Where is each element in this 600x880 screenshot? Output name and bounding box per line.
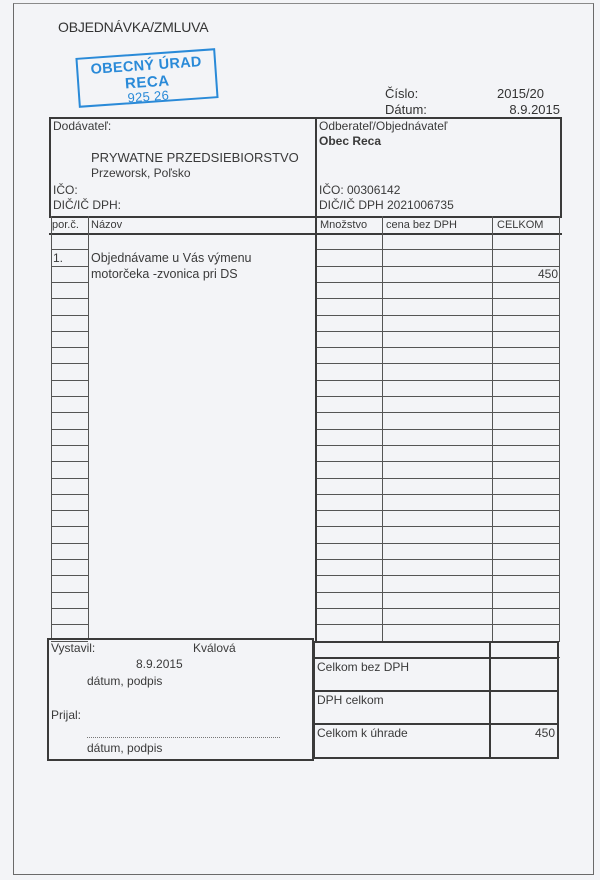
item-1-name-line1: Objednávame u Vás výmenu [91, 251, 252, 265]
col-line-total [559, 216, 560, 641]
row-line-right [316, 494, 560, 495]
row-line-right [316, 543, 560, 544]
row-line-left [51, 592, 88, 593]
row-line-left [51, 380, 88, 381]
row-line-right [316, 559, 560, 560]
issued-label: Vystavil: [51, 641, 95, 655]
customer-label: Odberateľ/Objednávateľ [319, 119, 447, 133]
row-line-right [316, 478, 560, 479]
row-line-left [51, 282, 88, 283]
row-line-left [51, 559, 88, 560]
row-line-right [316, 282, 560, 283]
supplier-name: PRYWATNE PRZEDSIEBIORSTVO [91, 150, 299, 165]
col-header-no: por.č. [52, 219, 79, 231]
row-line-right [316, 249, 560, 250]
received-sign-label: dátum, podpis [87, 741, 162, 755]
customer-name: Obec Reca [319, 134, 381, 148]
row-line-left [51, 543, 88, 544]
grand-total-label: Celkom k úhrade [317, 726, 408, 740]
col-line-name [315, 216, 317, 641]
row-line-right [316, 396, 560, 397]
supplier-dic: DIČ/IČ DPH: [53, 198, 121, 212]
row-line-left [51, 494, 88, 495]
header-bottom-line [49, 233, 562, 235]
item-1-total: 450 [494, 267, 558, 281]
parties-divider [315, 117, 317, 218]
row-line-right [316, 575, 560, 576]
row-line-right [316, 363, 560, 364]
col-header-qty: Množstvo [320, 219, 367, 231]
subtotal-label: Celkom bez DPH [317, 660, 409, 674]
row-line-left [51, 412, 88, 413]
col-line-no [88, 216, 89, 640]
row-line-left [51, 396, 88, 397]
row-line-left [51, 249, 88, 250]
row-line-right [316, 608, 560, 609]
document-title: OBJEDNÁVKA/ZMLUVA [58, 19, 208, 35]
row-line-right [316, 526, 560, 527]
row-line-left [51, 347, 88, 348]
received-label: Prijal: [51, 708, 81, 722]
vat-label: DPH celkom [317, 693, 384, 707]
row-line-left [51, 315, 88, 316]
row-line-right [316, 461, 560, 462]
totals-line-3 [313, 723, 559, 725]
row-line-left [51, 363, 88, 364]
grand-total-value: 450 [492, 726, 555, 740]
header-top-line [49, 216, 562, 218]
row-line-left [51, 526, 88, 527]
row-line-left [51, 575, 88, 576]
row-line-left [51, 624, 88, 625]
item-1-name-line2: motorčeka -zvonica pri DS [91, 267, 238, 281]
supplier-ico: IČO: [53, 183, 78, 197]
number-label: Číslo: [385, 86, 418, 101]
row-line-right [316, 298, 560, 299]
customer-ico: IČO: 00306142 [319, 183, 400, 197]
totals-line-1 [313, 657, 559, 659]
row-line-right [316, 315, 560, 316]
issued-date: 8.9.2015 [136, 657, 183, 671]
row-line-left [51, 331, 88, 332]
col-header-name: Názov [91, 219, 122, 231]
row-line-left [51, 608, 88, 609]
row-line-right [316, 380, 560, 381]
office-stamp: OBECNÝ ÚRAD RECA 925 26 [75, 48, 218, 108]
col-header-price: cena bez DPH [386, 219, 457, 231]
row-line-left [51, 510, 88, 511]
customer-dic: DIČ/IČ DPH 2021006735 [319, 198, 454, 212]
supplier-label: Dodávateľ: [53, 119, 111, 133]
col-line-qty [382, 216, 383, 641]
row-line-left [51, 445, 88, 446]
row-line-right [316, 445, 560, 446]
row-line-right [316, 429, 560, 430]
col-line-price [492, 216, 493, 641]
number-value: 2015/20 [497, 86, 544, 101]
date-value: 8.9.2015 [500, 102, 560, 117]
row-line-left [51, 429, 88, 430]
totals-divider [489, 641, 491, 759]
row-line-left [51, 298, 88, 299]
row-line-right [316, 347, 560, 348]
issued-sign-label: dátum, podpis [87, 674, 162, 688]
row-line-right [316, 592, 560, 593]
row-line-right [316, 331, 560, 332]
row-line-right [316, 624, 560, 625]
supplier-address: Przeworsk, Poľsko [91, 166, 191, 180]
item-1-no: 1. [53, 251, 63, 265]
row-line-left [51, 461, 88, 462]
date-label: Dátum: [385, 102, 427, 117]
row-line-left [51, 478, 88, 479]
row-line-right [316, 510, 560, 511]
col-line-left-edge [51, 216, 52, 640]
col-header-total: CELKOM [497, 219, 543, 231]
row-line-left [51, 266, 88, 267]
row-line-right [316, 412, 560, 413]
signature-line [87, 737, 280, 738]
totals-line-2 [313, 690, 559, 692]
issued-by: Kválová [193, 641, 236, 655]
